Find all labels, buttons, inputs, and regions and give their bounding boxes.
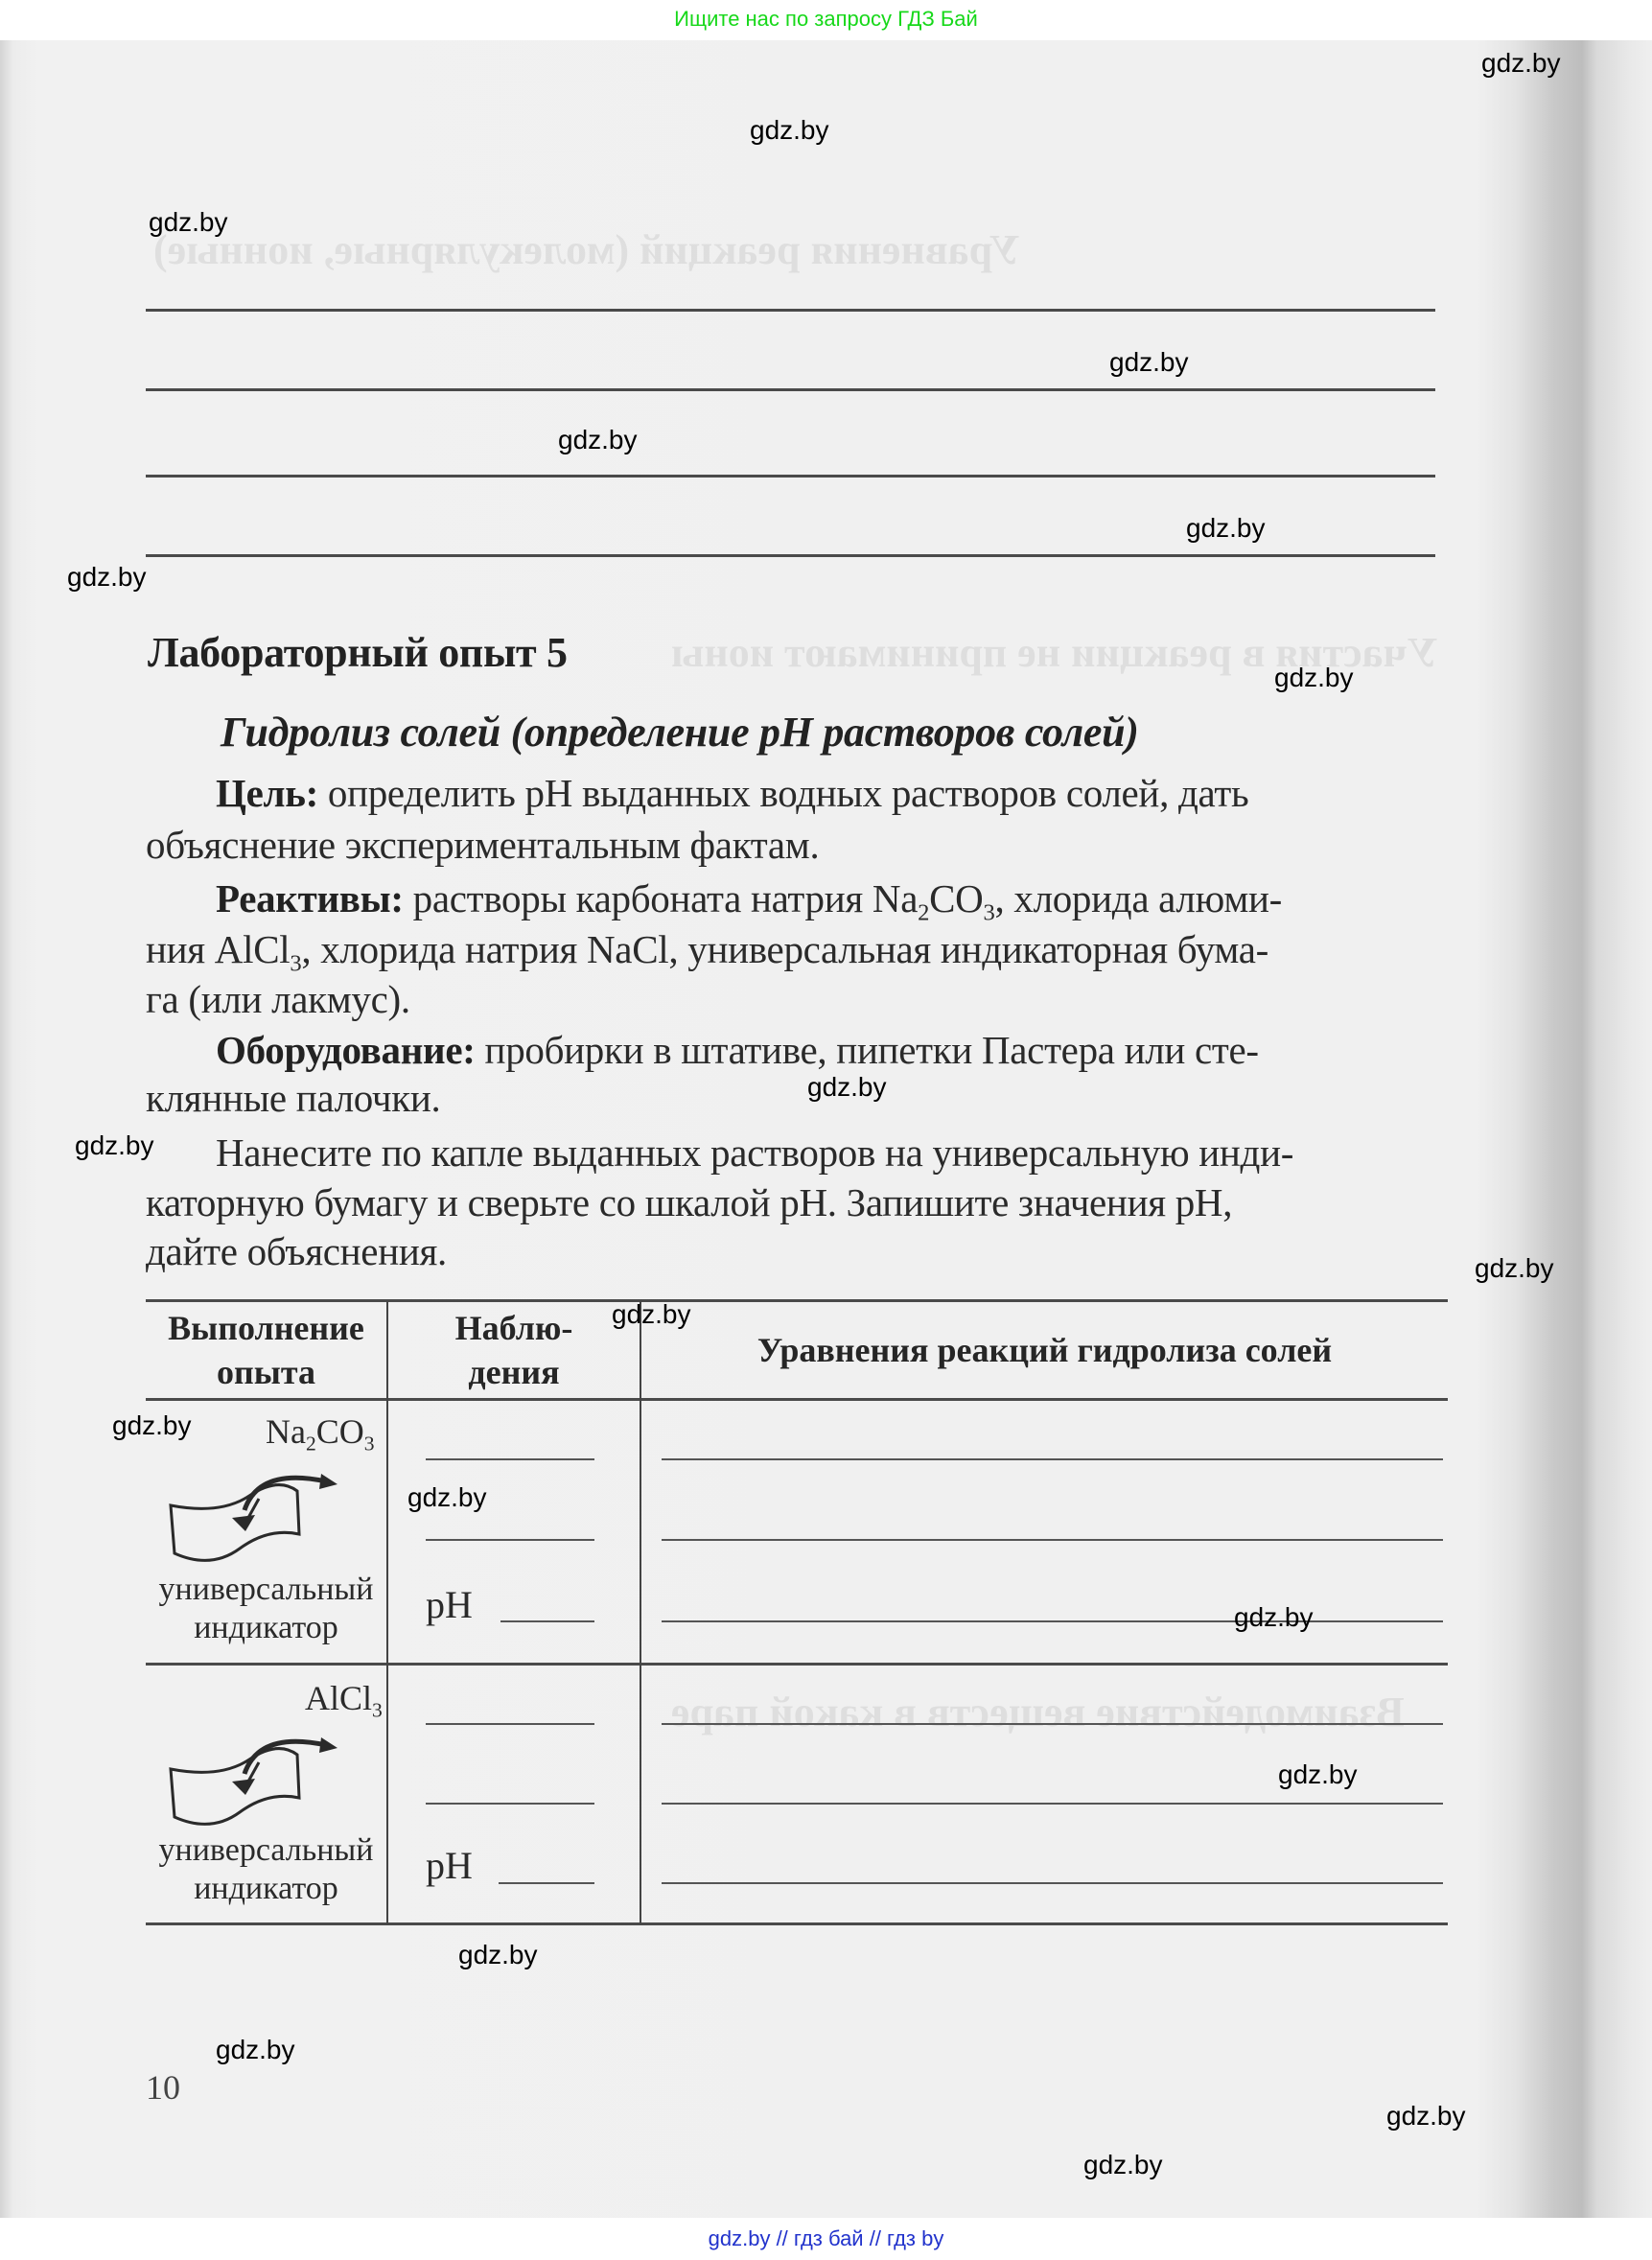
indicator-label: универсальный индикатор: [146, 1831, 386, 1908]
goal-label: Цель:: [216, 771, 318, 815]
watermark: gdz.by: [1386, 2101, 1466, 2132]
equation-line[interactable]: [662, 1882, 1443, 1884]
equation-line[interactable]: [662, 1723, 1443, 1725]
ph-label: pH: [426, 1582, 473, 1627]
indicator-label: универсальный индикатор: [146, 1571, 386, 1647]
reagents-label: Реактивы:: [216, 876, 404, 920]
reagents-paragraph-end: га (или лакмус).: [146, 976, 410, 1022]
goal-paragraph: Цель: определить pH выданных водных раст…: [216, 770, 1248, 816]
watermark: gdz.by: [807, 1072, 887, 1103]
watermark: gdz.by: [1475, 1253, 1554, 1284]
watermark: gdz.by: [149, 207, 228, 238]
show-through-ghost: Уравнения реакций (молекулярные, ионные): [153, 225, 1020, 274]
answer-line[interactable]: [146, 388, 1435, 391]
header-experiment: Выполнение опыта: [146, 1306, 386, 1394]
ph-value-line[interactable]: [500, 1620, 594, 1622]
reagents-paragraph: Реактивы: растворы карбоната натрия Na2C…: [216, 875, 1282, 927]
footer-banner: gdz.by // гдз бай // гдз by: [0, 2218, 1652, 2260]
watermark: gdz.by: [1481, 48, 1561, 79]
search-banner-text: Ищите нас по запросу ГДЗ Бай: [674, 7, 978, 31]
answer-line[interactable]: [146, 309, 1435, 312]
header-observations: Наблю- дения: [388, 1306, 640, 1394]
table-column-divider: [386, 1301, 388, 1924]
watermark: gdz.by: [112, 1410, 192, 1441]
watermark: gdz.by: [1083, 2150, 1163, 2180]
show-through-ghost: Взаимодействие веществ в какой паре: [671, 1688, 1405, 1736]
table-top-border: [146, 1299, 1448, 1302]
watermark: gdz.by: [1109, 347, 1189, 378]
equipment-paragraph: Оборудование: пробирки в штативе, пипетк…: [216, 1027, 1259, 1073]
table-row-divider: [146, 1663, 1448, 1666]
answer-line[interactable]: [146, 475, 1435, 478]
footer-banner-text[interactable]: gdz.by // гдз бай // гдз by: [709, 2226, 944, 2250]
equation-line[interactable]: [662, 1458, 1443, 1460]
indicator-paper-drop-icon: [163, 1472, 364, 1577]
watermark: gdz.by: [1186, 513, 1266, 544]
search-banner: Ищите нас по запросу ГДЗ Бай: [0, 0, 1652, 40]
section-subtitle: Гидролиз солей (определение pH растворов…: [221, 708, 1139, 757]
watermark: gdz.by: [1278, 1759, 1358, 1790]
ph-value-line[interactable]: [499, 1882, 594, 1884]
watermark: gdz.by: [67, 562, 147, 593]
watermark: gdz.by: [750, 115, 829, 146]
instruction-line: Нанесите по капле выданных растворов на …: [216, 1130, 1293, 1176]
salt-formula-na2co3: Na2CO3: [266, 1411, 375, 1456]
watermark: gdz.by: [407, 1482, 487, 1513]
watermark: gdz.by: [612, 1299, 691, 1330]
table-header-border: [146, 1398, 1448, 1401]
instruction-line: дайте объяснения.: [146, 1228, 447, 1274]
equipment-paragraph-cont: клянные палочки.: [146, 1075, 440, 1121]
watermark: gdz.by: [458, 1940, 538, 1970]
observation-line[interactable]: [426, 1458, 594, 1460]
observation-line[interactable]: [426, 1723, 594, 1725]
answer-line[interactable]: [146, 554, 1435, 557]
watermark: gdz.by: [558, 425, 638, 455]
section-title: Лабораторный опыт 5: [148, 628, 568, 677]
goal-text: определить pH выданных водных растворов …: [328, 771, 1249, 815]
instruction-line: каторную бумагу и сверьте со шкалой pH. …: [146, 1179, 1232, 1225]
observation-line[interactable]: [426, 1803, 594, 1805]
equation-line[interactable]: [662, 1620, 1443, 1622]
ph-label: pH: [426, 1843, 473, 1888]
table-bottom-border: [146, 1922, 1448, 1925]
salt-formula-alcl3: AlCl3: [305, 1678, 383, 1723]
watermark: gdz.by: [1274, 663, 1354, 693]
watermark: gdz.by: [216, 2035, 295, 2065]
indicator-paper-drop-icon: [163, 1736, 364, 1841]
goal-paragraph-cont: объяснение экспериментальным фактам.: [146, 822, 819, 868]
watermark: gdz.by: [1234, 1602, 1314, 1633]
equation-line[interactable]: [662, 1803, 1443, 1805]
observation-line[interactable]: [426, 1539, 594, 1541]
page-number: 10: [146, 2067, 180, 2108]
equation-line[interactable]: [662, 1539, 1443, 1541]
equipment-label: Оборудование:: [216, 1028, 476, 1072]
table-column-divider: [640, 1301, 641, 1924]
reagents-paragraph-cont: ния AlCl3, хлорида натрия NaCl, универса…: [146, 926, 1268, 978]
watermark: gdz.by: [75, 1130, 154, 1161]
header-equations: Уравнения реакций гидролиза солей: [641, 1328, 1448, 1372]
